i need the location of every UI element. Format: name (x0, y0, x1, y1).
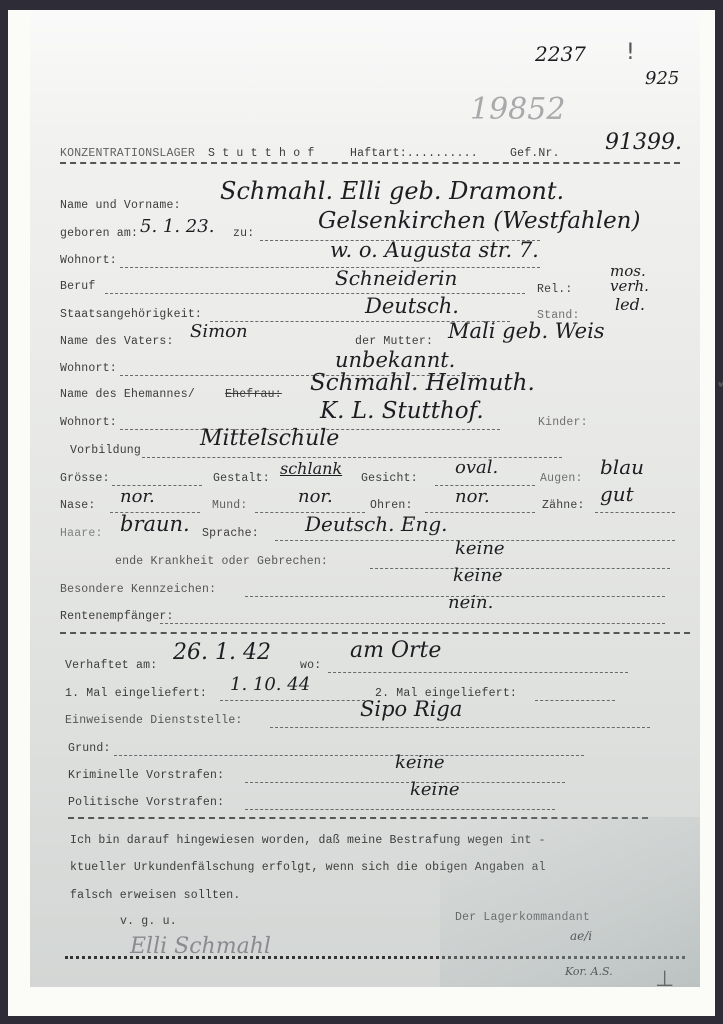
spouse-label: Name des Ehemannes/ (60, 388, 195, 401)
criminal-value: keine (395, 752, 445, 773)
agency-value: Sipo Riga (360, 697, 462, 721)
born-place: Gelsenkirchen (Westfahlen) (318, 208, 640, 234)
build-label: Gestalt: (213, 472, 270, 485)
parents-residence-value: unbekannt. (335, 348, 455, 372)
political-line (245, 809, 555, 810)
build-value: schlank (280, 459, 342, 478)
commandant-label: Der Lagerkommandant (455, 911, 590, 924)
born-label: geboren am: (60, 227, 138, 240)
first-admit-line (220, 700, 370, 701)
citizenship-label: Staatsangehörigkeit: (60, 308, 202, 321)
agency-line (270, 727, 650, 728)
illness-value: keine (455, 538, 505, 559)
registration-form: 2237 ! 925 19852 KONZENTRATIONSLAGER S t… (30, 12, 700, 987)
mouth-label: Mund: (212, 499, 248, 512)
reason-label: Grund: (68, 742, 111, 755)
spouse-residence-value: K. L. Stutthof. (320, 398, 484, 424)
declaration-line-3: falsch erweisen sollten. (70, 889, 240, 902)
born-date: 5. 1. 23. (140, 216, 214, 237)
check-mark-icon: ✓ (715, 370, 723, 395)
illness-line (370, 568, 670, 569)
occupation-line (105, 293, 525, 294)
height-label: Grösse: (60, 472, 110, 485)
residence-value: w. o. Augusta str. 7. (330, 238, 539, 262)
illness-label: ende Krankheit oder Gebrechen: (115, 555, 328, 568)
camp-label: KONZENTRATIONSLAGER (60, 147, 195, 160)
status-value: led. (615, 295, 645, 314)
nose-label: Nase: (60, 499, 96, 512)
arrested-where-line (328, 672, 628, 673)
arrested-where-label: wo: (300, 659, 321, 672)
religion-value: mos. verh. (610, 264, 660, 294)
pension-value: nein. (448, 592, 493, 613)
criminal-line (245, 782, 565, 783)
annotation-pencil: 19852 (470, 92, 565, 127)
face-value: oval. (455, 457, 498, 478)
haftart-label: Haftart:.......... (350, 147, 478, 160)
annotation-top: 2237 (535, 42, 586, 66)
teeth-value: gut (600, 482, 634, 506)
mouth-value: nor. (298, 486, 333, 507)
section-divider-1 (60, 632, 690, 634)
gef-nr-label: Gef.Nr. (510, 147, 560, 160)
born-zu-label: zu: (233, 227, 254, 240)
second-admit-line (535, 700, 615, 701)
initials: Kor. A.S. (565, 965, 613, 978)
residence-line (120, 267, 540, 268)
children-label: Kinder: (538, 416, 588, 429)
vgu-mark: v. g. u. (120, 915, 177, 928)
declaration-line-1: Ich bin darauf hingewiesen worden, daß m… (70, 834, 546, 847)
occupation-label: Beruf (60, 280, 96, 293)
eyes-value: blau (600, 455, 644, 479)
marks-value: keine (453, 565, 503, 586)
commandant-signature: ae/i (570, 929, 592, 943)
language-value: Deutsch. Eng. (305, 512, 448, 536)
teeth-label: Zähne: (542, 499, 585, 512)
father-value: Simon (190, 321, 248, 342)
residence-label: Wohnort: (60, 254, 117, 267)
arrested-date: 26. 1. 42 (173, 640, 271, 665)
spouse-value: Schmahl. Helmuth. (310, 370, 535, 396)
section-divider-2 (68, 817, 648, 819)
political-value: keine (410, 779, 460, 800)
eyes-label: Augen: (540, 472, 583, 485)
religion-label: Rel.: (537, 283, 573, 296)
pension-label: Rentenempfänger: (60, 610, 174, 623)
criminal-label: Kriminelle Vorstrafen: (68, 769, 224, 782)
ears-label: Ohren: (370, 499, 413, 512)
corner-mark: ⊥ (655, 967, 674, 992)
nose-value: nor. (120, 486, 155, 507)
reason-line (114, 755, 584, 756)
annotation-right: 925 (645, 68, 679, 89)
education-label: Vorbildung (70, 444, 141, 457)
declaration-line-2: ktueller Urkundenfälschung erfolgt, wenn… (70, 861, 546, 874)
marks-label: Besondere Kennzeichen: (60, 583, 216, 596)
spouse-residence-label: Wohnort: (60, 416, 117, 429)
mother-label: der Mutter: (355, 335, 433, 348)
hair-value: braun. (120, 512, 190, 536)
pension-line (160, 623, 665, 624)
hair-label: Haare: (60, 527, 103, 540)
education-line (142, 457, 562, 458)
teeth-line (595, 512, 675, 513)
arrested-where: am Orte (350, 638, 441, 663)
parents-residence-label: Wohnort: (60, 362, 117, 375)
exclamation-mark: ! (626, 40, 635, 65)
header-divider (60, 162, 680, 164)
political-label: Politische Vorstrafen: (68, 796, 224, 809)
name-label: Name und Vorname: (60, 199, 181, 212)
education-value: Mittelschule (200, 426, 339, 451)
citizenship-value: Deutsch. (365, 294, 459, 318)
gef-nr-value: 91399. (605, 130, 682, 155)
agency-label: Einweisende Dienststelle: (65, 714, 243, 727)
camp-name: S t u t t h o f (208, 147, 315, 160)
first-admit-label: 1. Mal eingeliefert: (65, 687, 207, 700)
name-value: Schmahl. Elli geb. Dramont. (220, 177, 564, 205)
mother-value: Mali geb. Weis (448, 319, 605, 343)
ears-value: nor. (455, 486, 490, 507)
language-label: Sprache: (202, 527, 259, 540)
face-label: Gesicht: (361, 472, 418, 485)
occupation-value: Schneiderin (335, 266, 457, 290)
arrested-label: Verhaftet am: (65, 659, 157, 672)
first-admit-date: 1. 10. 44 (230, 674, 310, 695)
father-label: Name des Vaters: (60, 335, 174, 348)
spouse-label-struck: Ehefrau: (225, 388, 282, 401)
signature-line (65, 956, 685, 959)
